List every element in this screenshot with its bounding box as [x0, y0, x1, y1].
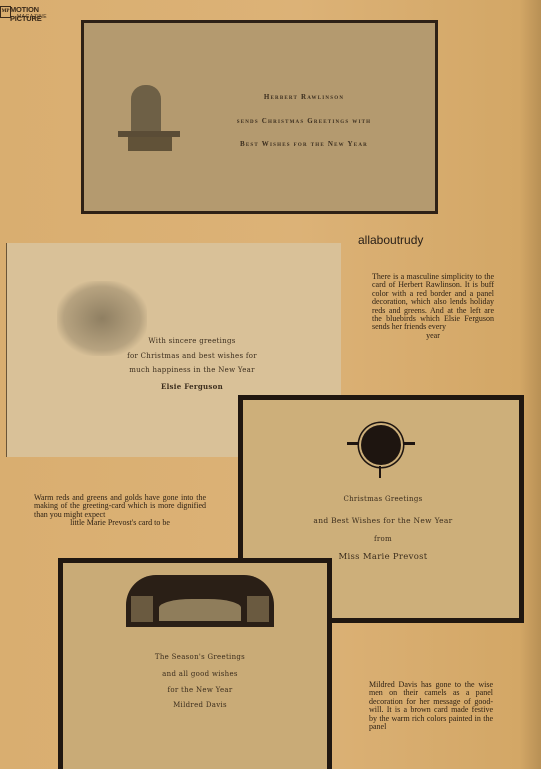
circle-emblem-icon — [361, 425, 401, 465]
caption-prevost: Warm reds and greens and golds have gone… — [34, 494, 206, 528]
card-line: from — [283, 535, 483, 543]
caption-body: There is a masculine simplicity to the c… — [372, 272, 494, 331]
caption-body: Warm reds and greens and golds have gone… — [34, 493, 206, 519]
card-line: Christmas Greetings — [283, 495, 483, 503]
caption-rawlinson-ferguson: There is a masculine simplicity to the c… — [372, 273, 494, 340]
card-herbert-rawlinson: Herbert Rawlinson sends Christmas Greeti… — [81, 20, 438, 214]
emblem-stem — [379, 466, 381, 478]
card-line: for Christmas and best wishes for — [97, 352, 287, 360]
card-line: much happiness in the New Year — [97, 366, 287, 374]
card-line: for the New Year — [100, 686, 300, 694]
card-signature: Elsie Ferguson — [97, 382, 287, 391]
wise-men-panel-decoration — [126, 575, 274, 627]
caption-body: Mildred Davis has gone to the wise men o… — [369, 680, 493, 731]
panel-scene — [159, 599, 241, 621]
watermark: allaboutrudy — [358, 233, 423, 247]
card-line: and Best Wishes for the New Year — [283, 516, 483, 525]
panel-left-square — [130, 595, 154, 623]
card-line: The Season's Greetings — [100, 653, 300, 661]
card-line: sends Christmas Greetings with — [204, 117, 404, 125]
masthead: MP MOTION PICTURE MAGAZINE — [0, 3, 70, 25]
card-mildred-davis: The Season's Greetings and all good wish… — [58, 558, 332, 769]
magazine-page: MP MOTION PICTURE MAGAZINE Herbert Rawli… — [0, 0, 541, 769]
caption-last-line: little Marie Prevost's card to be — [34, 519, 206, 527]
masthead-subtitle: MAGAZINE — [17, 14, 47, 20]
ornament-foot — [128, 137, 172, 151]
card-line: With sincere greetings — [97, 337, 287, 345]
caption-last-line: year — [372, 332, 494, 340]
card-line: Best Wishes for the New Year — [204, 140, 404, 148]
caption-davis: Mildred Davis has gone to the wise men o… — [369, 681, 493, 731]
card-line: Herbert Rawlinson — [204, 93, 404, 101]
card-signature: Mildred Davis — [100, 701, 300, 709]
card-line: and all good wishes — [100, 670, 300, 678]
arched-panel-decoration-icon — [131, 85, 161, 137]
panel-right-square — [246, 595, 270, 623]
